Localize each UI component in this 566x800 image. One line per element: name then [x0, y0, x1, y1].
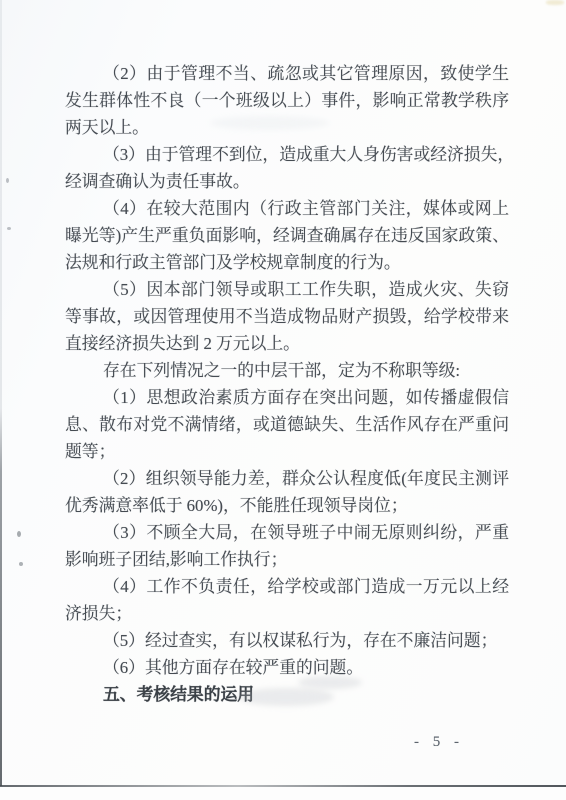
page-number: - 5 - [414, 734, 464, 751]
scan-speck [17, 531, 21, 537]
text-line: （5）因本部门领导或职工工作失职，造成火灾、失窃 [65, 276, 509, 303]
scan-smudge [238, 688, 334, 706]
text-line: 息、散布对党不满情绪，或道德缺失、生活作风存在严重问 [65, 411, 509, 438]
text-line: （4）在较大范围内（行政主管部门关注，媒体或网上 [65, 195, 509, 222]
scan-smudge [298, 676, 362, 689]
document-body: （2）由于管理不当、疏忽或其它管理原因，致使学生 发生群体性不良（一个班级以上）… [65, 60, 509, 708]
text-line: （3）不顾全大局，在领导班子中闹无原则纠纷，严重 [65, 519, 509, 546]
text-line: （4）工作不负责任，给学校或部门造成一万元以上经 [65, 573, 509, 600]
scan-speck [6, 178, 9, 183]
text-line: 法规和行政主管部门及学校规章制度的行为。 [65, 249, 509, 276]
text-line: 曝光等)产生严重负面影响，经调查确属存在违反国家政策、 [65, 222, 509, 249]
text-line: 影响班子团结,影响工作执行； [65, 546, 509, 573]
text-line: （2）由于管理不当、疏忽或其它管理原因，致使学生 [65, 60, 509, 87]
text-line: （1）思想政治素质方面存在突出问题，如传播虚假信 [65, 384, 509, 411]
text-line: 存在下列情况之一的中层干部，定为不称职等级: [65, 357, 509, 384]
text-line: 经调查确认为责任事故。 [65, 168, 509, 195]
document-page: （2）由于管理不当、疏忽或其它管理原因，致使学生 发生群体性不良（一个班级以上）… [0, 0, 566, 800]
scan-left-edge-shadow [0, 0, 2, 786]
text-line: （5）经过查实，有以权谋私行为，存在不廉洁问题； [65, 627, 509, 654]
scan-smudge [210, 116, 330, 130]
text-line: 济损失； [65, 600, 509, 627]
text-line: （3）由于管理不到位，造成重大人身伤害或经济损失， [65, 141, 509, 168]
text-line: 题等； [65, 438, 509, 465]
text-line: 发生群体性不良（一个班级以上）事件，影响正常教学秩序 [65, 87, 509, 114]
text-line: 直接经济损失达到 2 万元以上。 [65, 330, 509, 357]
text-line: （6）其他方面存在较严重的问题。 [65, 654, 509, 681]
text-line: 等事故，或因管理使用不当造成物品财产损毁，给学校带来 [65, 303, 509, 330]
scan-below-edge-area [0, 787, 566, 800]
text-line: （2）组织领导能力差，群众公认程度低(年度民主测评 [65, 465, 509, 492]
text-line: 优秀满意率低于 60%)，不能胜任现领导岗位； [65, 492, 509, 519]
scan-speck [7, 227, 11, 230]
scan-speck [19, 562, 23, 566]
scan-corner-speck [546, 0, 564, 5]
